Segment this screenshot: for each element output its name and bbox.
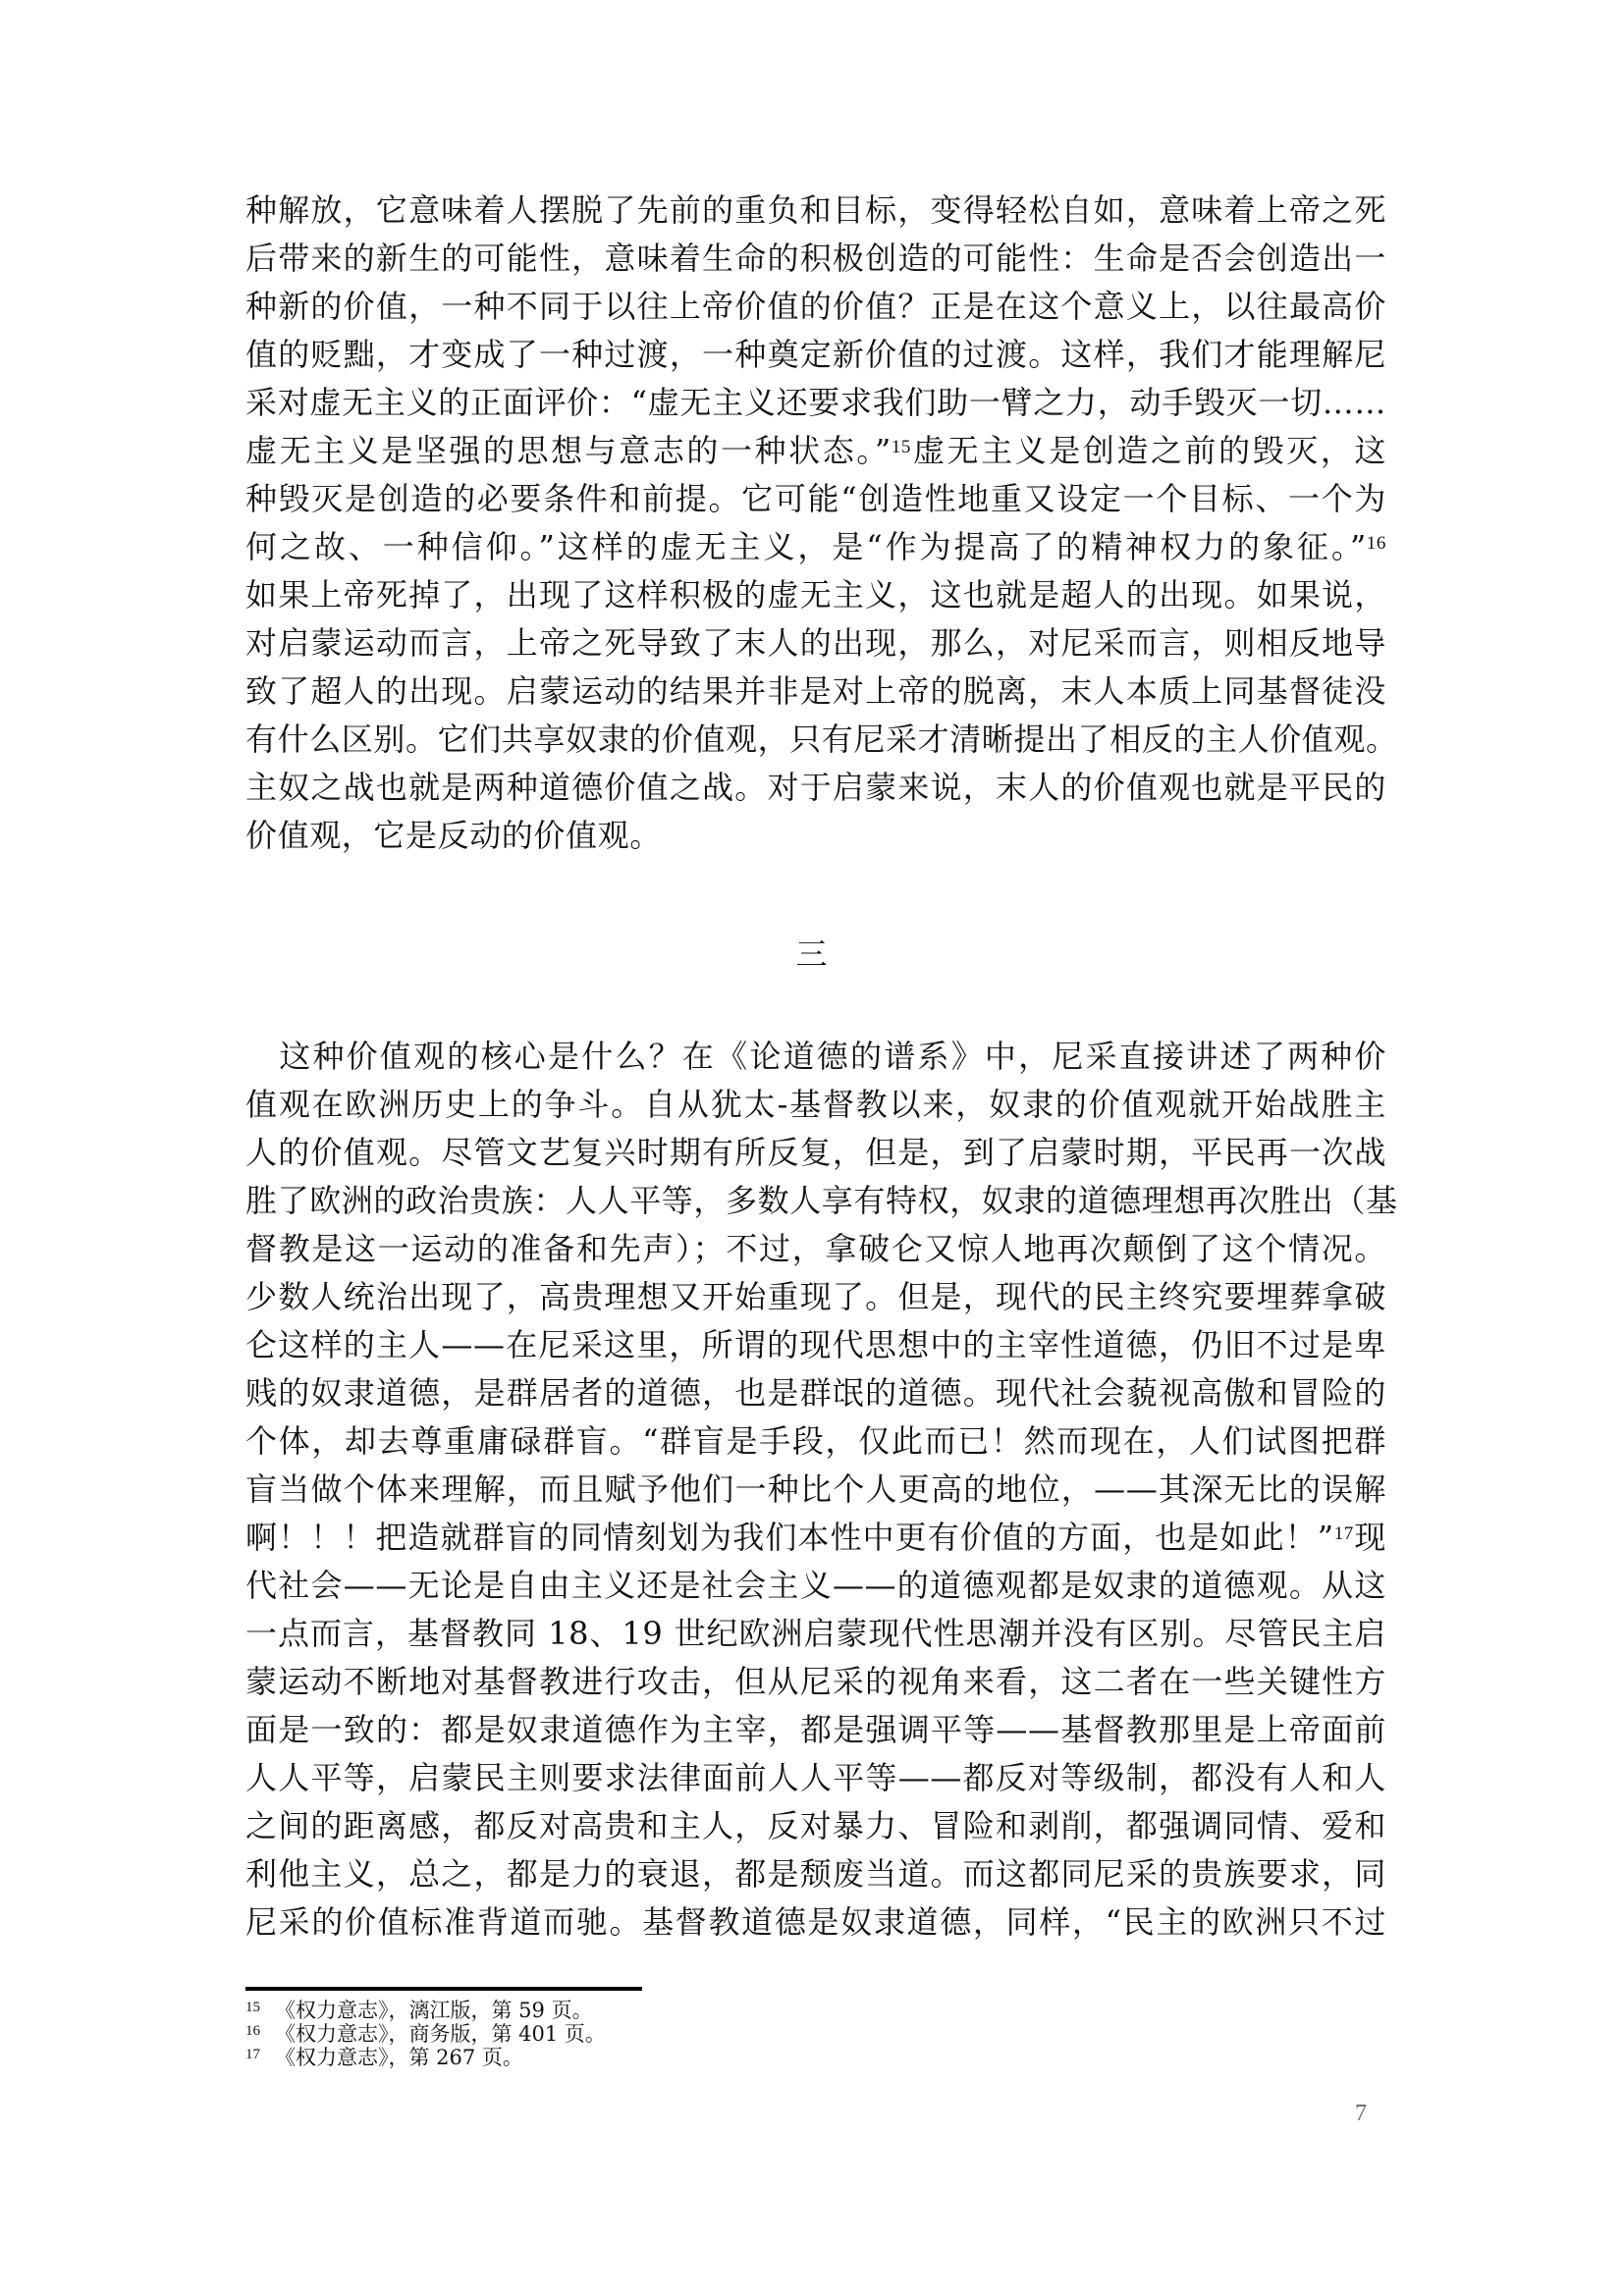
line-text: 之间的距离感，都反对高贵和主人，反对暴力、冒险和剥削，都强调同情、爱和 (245, 1807, 1386, 1844)
text-line: 督教是这一运动的准备和先声）；不过，拿破仑又惊人地再次颠倒了这个情况。 (245, 1225, 1386, 1273)
footnotes: 15《权力意志》，漓江版，第 59 页。 16《权力意志》，商务版，第 401 … (245, 1999, 606, 2069)
footnote-text: 《权力意志》，商务版，第 401 页。 (275, 2022, 606, 2046)
text-line: 有什么区别。它们共享奴隶的价值观，只有尼采才清晰提出了相反的主人价值观。 (245, 716, 1386, 764)
line-text: 贱的奴隶道德，是群居者的道德，也是群氓的道德。现代社会藐视高傲和冒险的 (245, 1374, 1386, 1412)
text-line: 啊！！！把造就群盲的同情刻划为我们本性中更有价值的方面，也是如此！”17现 (245, 1514, 1386, 1562)
line-text: 采对虚无主义的正面评价：“虚无主义还要求我们助一臂之力，动手毁灭一切…… (245, 384, 1386, 421)
text-line: 后带来的新生的可能性，意味着生命的积极创造的可能性：生命是否会创造出一 (245, 235, 1386, 283)
line-text: 这种价值观的核心是什么？在《论道德的谱系》中，尼采直接讲述了两种价 (245, 1038, 1386, 1075)
text-line: 值观在欧洲历史上的争斗。自从犹太-基督教以来，奴隶的价值观就开始战胜主 (245, 1081, 1386, 1129)
footnote-separator (245, 1987, 642, 1991)
line-text: 尼采的价值标准背道而驰。基督教道德是奴隶道德，同样，“民主的欧洲只不过 (245, 1903, 1386, 1941)
line-text: 值的贬黜，才变成了一种过渡，一种奠定新价值的过渡。这样，我们才能理解尼 (245, 336, 1386, 373)
text-line: 人的价值观。尽管文艺复兴时期有所反复，但是，到了启蒙时期，平民再一次战 (245, 1129, 1386, 1177)
line-text: 人的价值观。尽管文艺复兴时期有所反复，但是，到了启蒙时期，平民再一次战 (245, 1134, 1386, 1171)
line-text: 如果上帝死掉了，出现了这样积极的虚无主义，这也就是超人的出现。如果说， (245, 576, 1386, 614)
text-line: 一点而言，基督教同 18、19 世纪欧洲启蒙现代性思潮并没有区别。尽管民主启 (245, 1610, 1386, 1658)
text-line: 对启蒙运动而言，上帝之死导致了末人的出现，那么，对尼采而言，则相反地导 (245, 619, 1386, 667)
text-line: 主奴之战也就是两种道德价值之战。对于启蒙来说，末人的价值观也就是平民的 (245, 764, 1386, 812)
line-text: 虚无主义是创造之前的毁灭，这 (911, 432, 1386, 469)
footnote-15: 15《权力意志》，漓江版，第 59 页。 (245, 1999, 606, 2022)
text-line: 个体，却去尊重庸碌群盲。“群盲是手段，仅此而已！然而现在，人们试图把群 (245, 1417, 1386, 1466)
text-line: 采对虚无主义的正面评价：“虚无主义还要求我们助一臂之力，动手毁灭一切…… (245, 379, 1386, 427)
line-text: 种毁灭是创造的必要条件和前提。它可能“创造性地重又设定一个目标、一个为 (245, 480, 1386, 517)
text-line: 贱的奴隶道德，是群居者的道德，也是群氓的道德。现代社会藐视高傲和冒险的 (245, 1369, 1386, 1417)
line-text: 代社会——无论是自由主义还是社会主义——的道德观都是奴隶的道德观。从这 (245, 1567, 1386, 1604)
line-text: 个体，却去尊重庸碌群盲。“群盲是手段，仅此而已！然而现在，人们试图把群 (245, 1422, 1386, 1460)
text-line: 种新的价值，一种不同于以往上帝价值的价值？正是在这个意义上，以往最高价 (245, 283, 1386, 331)
line-text: 利他主义，总之，都是力的衰退，都是颓废当道。而这都同尼采的贵族要求，同 (245, 1855, 1386, 1893)
footnote-number: 17 (245, 2043, 275, 2066)
page-number: 7 (1355, 2101, 1367, 2127)
text-line: 如果上帝死掉了，出现了这样积极的虚无主义，这也就是超人的出现。如果说， (245, 571, 1386, 619)
line-text: 面是一致的：都是奴隶道德作为主宰，都是强调平等——基督教那里是上帝面前 (245, 1711, 1386, 1748)
text-line: 种解放，它意味着人摆脱了先前的重负和目标，变得轻松自如，意味着上帝之死 (245, 187, 1386, 235)
line-text: 主奴之战也就是两种道德价值之战。对于启蒙来说，末人的价值观也就是平民的 (245, 769, 1386, 806)
text-line: 蒙运动不断地对基督教进行攻击，但从尼采的视角来看，这二者在一些关键性方 (245, 1658, 1386, 1706)
text-line: 价值观，它是反动的价值观。 (245, 812, 1386, 860)
footnote-text: 《权力意志》，第 267 页。 (275, 2046, 523, 2069)
paragraph-2: 这种价值观的核心是什么？在《论道德的谱系》中，尼采直接讲述了两种价 值观在欧洲历… (245, 1033, 1386, 1947)
line-text: 仑这样的主人——在尼采这里，所谓的现代思想中的主宰性道德，仍旧不过是卑 (245, 1326, 1386, 1363)
line-text: 人人平等，启蒙民主则要求法律面前人人平等——都反对等级制，都没有人和人 (245, 1759, 1386, 1796)
line-text: 后带来的新生的可能性，意味着生命的积极创造的可能性：生命是否会创造出一 (245, 240, 1386, 277)
text-line: 之间的距离感，都反对高贵和主人，反对暴力、冒险和剥削，都强调同情、爱和 (245, 1802, 1386, 1850)
line-text: 啊！！！把造就群盲的同情刻划为我们本性中更有价值的方面，也是如此！” (245, 1519, 1334, 1556)
text-line: 这种价值观的核心是什么？在《论道德的谱系》中，尼采直接讲述了两种价 (245, 1033, 1386, 1081)
line-text: 种解放，它意味着人摆脱了先前的重负和目标，变得轻松自如，意味着上帝之死 (245, 191, 1386, 229)
text-line: 致了超人的出现。启蒙运动的结果并非是对上帝的脱离，末人本质上同基督徒没 (245, 667, 1386, 716)
footnote-text: 《权力意志》，漓江版，第 59 页。 (275, 1999, 593, 2022)
section-heading: 三 (0, 931, 1623, 979)
text-line: 何之故、一种信仰。”这样的虚无主义，是“作为提高了的精神权力的象征。”16 (245, 523, 1386, 571)
text-line: 少数人统治出现了，高贵理想又开始重现了。但是，现代的民主终究要埋葬拿破 (245, 1273, 1386, 1321)
text-line: 胜了欧洲的政治贵族：人人平等，多数人享有特权，奴隶的道德理想再次胜出（基 (245, 1177, 1386, 1225)
text-line: 仑这样的主人——在尼采这里，所谓的现代思想中的主宰性道德，仍旧不过是卑 (245, 1321, 1386, 1369)
line-text: 致了超人的出现。启蒙运动的结果并非是对上帝的脱离，末人本质上同基督徒没 (245, 672, 1386, 710)
line-text: 一点而言，基督教同 18、19 世纪欧洲启蒙现代性思潮并没有区别。尽管民主启 (245, 1615, 1386, 1652)
footnote-ref-17[interactable]: 17 (1334, 1523, 1354, 1544)
line-text: 督教是这一运动的准备和先声）；不过，拿破仑又惊人地再次颠倒了这个情况。 (245, 1230, 1386, 1267)
footnote-number: 15 (245, 1996, 275, 2019)
line-text: 有什么区别。它们共享奴隶的价值观，只有尼采才清晰提出了相反的主人价值观。 (245, 721, 1398, 758)
text-line: 盲当做个体来理解，而且赋予他们一种比个人更高的地位，——其深无比的误解 (245, 1466, 1386, 1514)
footnote-17: 17《权力意志》，第 267 页。 (245, 2046, 606, 2069)
footnote-ref-16[interactable]: 16 (1367, 533, 1386, 554)
document-page: 种解放，它意味着人摆脱了先前的重负和目标，变得轻松自如，意味着上帝之死 后带来的… (0, 0, 1623, 2296)
line-text: 对启蒙运动而言，上帝之死导致了末人的出现，那么，对尼采而言，则相反地导 (245, 624, 1386, 662)
line-text: 盲当做个体来理解，而且赋予他们一种比个人更高的地位，——其深无比的误解 (245, 1470, 1386, 1508)
line-text: 值观在欧洲历史上的争斗。自从犹太-基督教以来，奴隶的价值观就开始战胜主 (245, 1086, 1386, 1123)
line-text: 蒙运动不断地对基督教进行攻击，但从尼采的视角来看，这二者在一些关键性方 (245, 1663, 1386, 1700)
text-line: 利他主义，总之，都是力的衰退，都是颓废当道。而这都同尼采的贵族要求，同 (245, 1850, 1386, 1898)
text-line: 种毁灭是创造的必要条件和前提。它可能“创造性地重又设定一个目标、一个为 (245, 475, 1386, 523)
line-text: 种新的价值，一种不同于以往上帝价值的价值？正是在这个意义上，以往最高价 (245, 288, 1386, 325)
text-line: 人人平等，启蒙民主则要求法律面前人人平等——都反对等级制，都没有人和人 (245, 1754, 1386, 1802)
line-text: 何之故、一种信仰。”这样的虚无主义，是“作为提高了的精神权力的象征。” (245, 528, 1367, 565)
footnote-16: 16《权力意志》，商务版，第 401 页。 (245, 2022, 606, 2046)
text-line: 值的贬黜，才变成了一种过渡，一种奠定新价值的过渡。这样，我们才能理解尼 (245, 331, 1386, 379)
text-line: 代社会——无论是自由主义还是社会主义——的道德观都是奴隶的道德观。从这 (245, 1562, 1386, 1610)
text-line: 尼采的价值标准背道而驰。基督教道德是奴隶道德，同样，“民主的欧洲只不过 (245, 1898, 1386, 1947)
line-text: 胜了欧洲的政治贵族：人人平等，多数人享有特权，奴隶的道德理想再次胜出（基 (245, 1182, 1398, 1219)
line-text: 少数人统治出现了，高贵理想又开始重现了。但是，现代的民主终究要埋葬拿破 (245, 1278, 1386, 1315)
footnote-ref-15[interactable]: 15 (892, 437, 911, 457)
line-text: 虚无主义是坚强的思想与意志的一种状态。” (245, 432, 892, 469)
text-line: 虚无主义是坚强的思想与意志的一种状态。”15虚无主义是创造之前的毁灭，这 (245, 427, 1386, 475)
paragraph-1: 种解放，它意味着人摆脱了先前的重负和目标，变得轻松自如，意味着上帝之死 后带来的… (245, 187, 1386, 860)
footnote-number: 16 (245, 2019, 275, 2043)
line-text: 现 (1354, 1519, 1386, 1556)
text-line: 面是一致的：都是奴隶道德作为主宰，都是强调平等——基督教那里是上帝面前 (245, 1706, 1386, 1754)
line-text: 价值观，它是反动的价值观。 (245, 817, 662, 854)
